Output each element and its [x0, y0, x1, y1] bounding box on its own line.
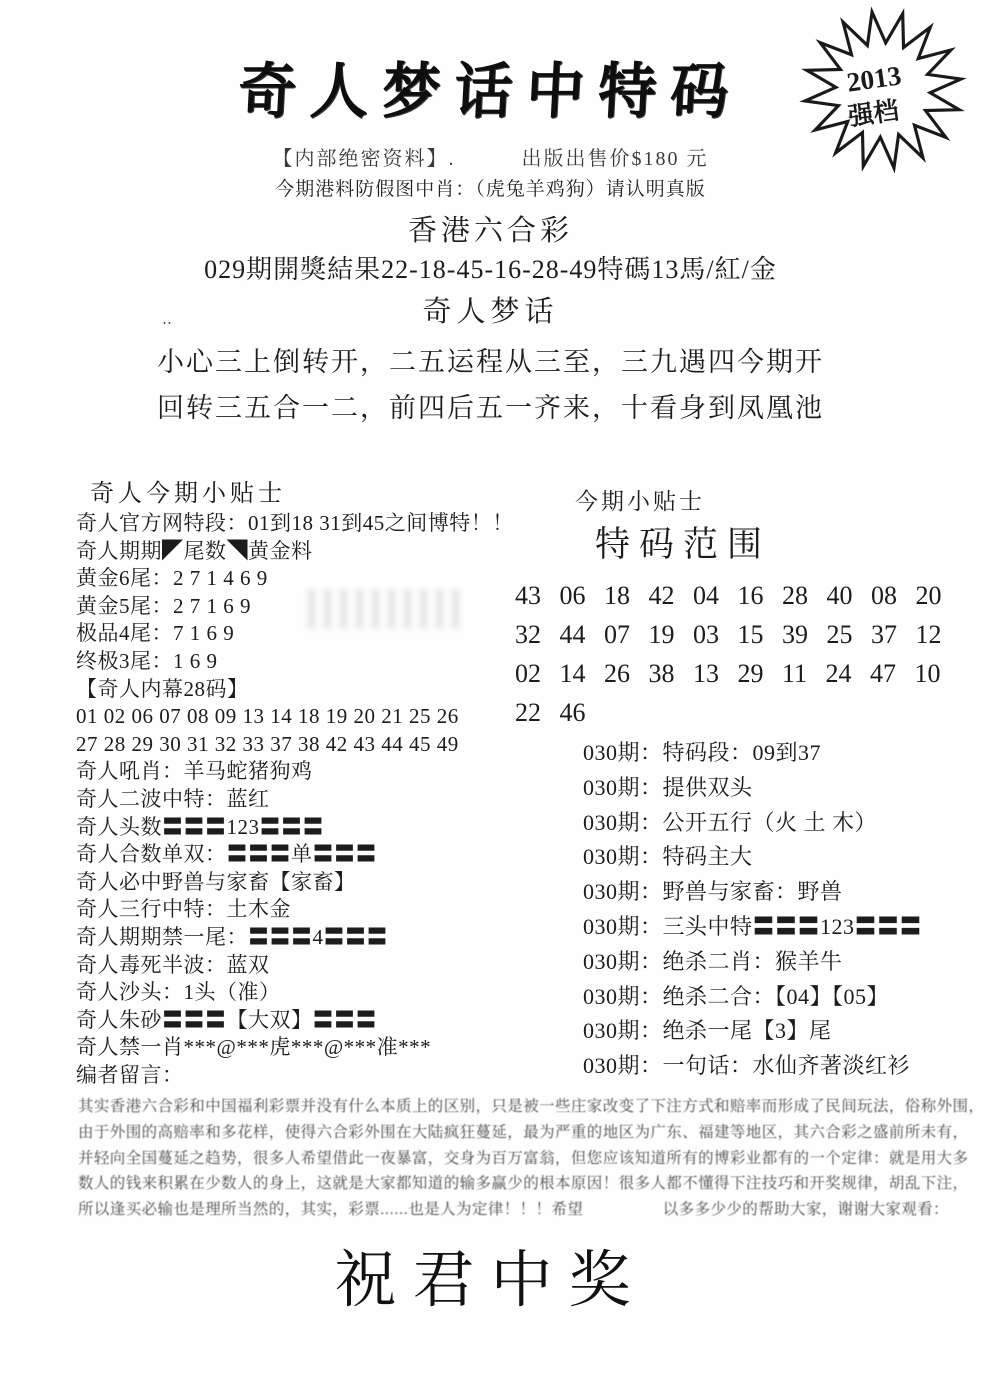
- editor-note-label: 编者留言：: [76, 1062, 524, 1090]
- faded-print-smudge: [308, 589, 468, 629]
- tip-row: 奇人禁一肖***@***虎***@***准***: [76, 1034, 524, 1062]
- prediction-row: 030期：提供双头: [505, 771, 977, 806]
- editor-note-paragraph: 其实香港六合彩和中国福利彩票并没有什么本质上的区别，只是被一些庄家改变了下注方式…: [78, 1094, 918, 1223]
- poem-line-2: 回转三五合一二，前四后五一齐来，十看身到凤凰池: [0, 386, 981, 425]
- tip-row: 终极3尾：1 6 9: [76, 648, 524, 676]
- stray-mark: ‥: [162, 310, 175, 329]
- prediction-row: 030期：绝杀二肖：猴羊牛: [505, 945, 977, 980]
- prediction-row: 030期：绝杀二合：【04】【05】: [505, 980, 977, 1015]
- prediction-row: 030期：野兽与家畜：野兽: [505, 875, 977, 910]
- tip-row: 奇人朱砂〓〓〓【大双】〓〓〓: [76, 1007, 524, 1035]
- anticounterfeit-line: 今期港料防假图中肖：（虎兔羊鸡狗）请认明真版: [0, 174, 981, 201]
- section-title: 奇人梦话: [0, 289, 981, 330]
- draw-result-line: 029期開獎結果22-18-45-16-28-49特碼13馬/紅/金: [0, 249, 981, 286]
- right-column-header: 今期小贴士: [505, 488, 977, 516]
- tip-row: 奇人必中野兽与家畜【家畜】: [76, 869, 524, 897]
- tip-row: 奇人吼肖：羊马蛇猪狗鸡: [76, 758, 524, 786]
- special-code-range-numbers: 43 06 18 42 04 16 28 40 08 20 32 44 07 1…: [505, 576, 977, 732]
- poem-line-1: 小心三上倒转开，二五运程从三至，三九遇四今期开: [0, 340, 981, 379]
- prediction-row: 030期：一句话：水仙齐著淡红衫: [505, 1049, 977, 1084]
- number-row: 02 14 26 38 13 29 11 24 47 10: [505, 654, 977, 693]
- tip-row: 奇人期期◤尾数◥黄金料: [76, 538, 524, 566]
- paragraph-line: 数人的钱来积累在少数人的身上，这就是大家都知道的输多赢少的根本原因！很多人都不懂…: [78, 1171, 918, 1197]
- prediction-row: 030期：特码段：09到37: [505, 736, 977, 771]
- left-tips-column: 奇人今期小贴士 奇人官方网特段：01到18 31到45之间博特！！ 奇人期期◤尾…: [76, 478, 524, 1089]
- paragraph-line: 其实香港六合彩和中国福利彩票并没有什么本质上的区别，只是被一些庄家改变了下注方式…: [78, 1094, 918, 1120]
- tip-row: 奇人三行中特：土木金: [76, 896, 524, 924]
- insider-codes-row: 27 28 29 30 31 32 33 37 38 42 43 44 45 4…: [76, 731, 524, 759]
- prediction-row: 030期：公开五行（火 土 木）: [505, 806, 977, 841]
- number-row: 43 06 18 42 04 16 28 40 08 20: [505, 576, 977, 615]
- insider-codes-row: 01 02 06 07 08 09 13 14 18 19 20 21 25 2…: [76, 703, 524, 731]
- prediction-row: 030期：三头中特〓〓〓123〓〓〓: [505, 910, 977, 945]
- lottery-name: 香港六合彩: [0, 208, 981, 249]
- tip-row: 奇人官方网特段：01到18 31到45之间博特！！: [76, 510, 524, 538]
- prediction-row: 030期：绝杀一尾【3】尾: [505, 1014, 977, 1049]
- right-tips-column: 今期小贴士 特码范围 43 06 18 42 04 16 28 40 08 20…: [505, 488, 977, 1084]
- blessing-text: 祝君中奖: [0, 1230, 981, 1319]
- tip-row: 奇人毒死半波：蓝双: [76, 952, 524, 980]
- tip-row: 奇人期期禁一尾：〓〓〓4〓〓〓: [76, 924, 524, 952]
- left-column-header: 奇人今期小贴士: [76, 478, 524, 510]
- paragraph-line: 并轻向全国蔓延之趋势，很多人希望借此一夜暴富，交身为百万富翁，但您应该知道所有的…: [78, 1146, 918, 1172]
- number-row: 32 44 07 19 03 15 39 25 37 12: [505, 615, 977, 654]
- tip-row: 奇人头数〓〓〓123〓〓〓: [76, 814, 524, 842]
- paragraph-line: 所以逢买必输也是理所当然的，其实，彩票......也是人为定律！！！希望 以多多…: [78, 1197, 918, 1223]
- tip-row: 奇人合数单双：〓〓〓单〓〓〓: [76, 841, 524, 869]
- tip-row: 奇人沙头：1头（准）: [76, 979, 524, 1007]
- paragraph-line: 由于外围的高赔率和多花样，使得六合彩外围在大陆疯狂蔓延，最为严重的地区为广东、福…: [78, 1120, 918, 1146]
- issue-030-predictions: 030期：特码段：09到37 030期：提供双头 030期：公开五行（火 土 木…: [505, 736, 977, 1084]
- tip-row: 奇人二波中特：蓝红: [76, 786, 524, 814]
- price-line: 【内部绝密资料】. 出版出售价$180 元: [0, 142, 981, 171]
- prediction-row: 030期：特码主大: [505, 840, 977, 875]
- special-code-range-title: 特码范围: [505, 522, 977, 568]
- insider-codes-title: 【奇人内幕28码】: [76, 676, 524, 704]
- lottery-tip-sheet: 奇人梦话中特码 2013 强档 【内部绝密资料】. 出版出售价$180 元 今期…: [0, 0, 981, 1388]
- number-row: 22 46: [505, 693, 977, 732]
